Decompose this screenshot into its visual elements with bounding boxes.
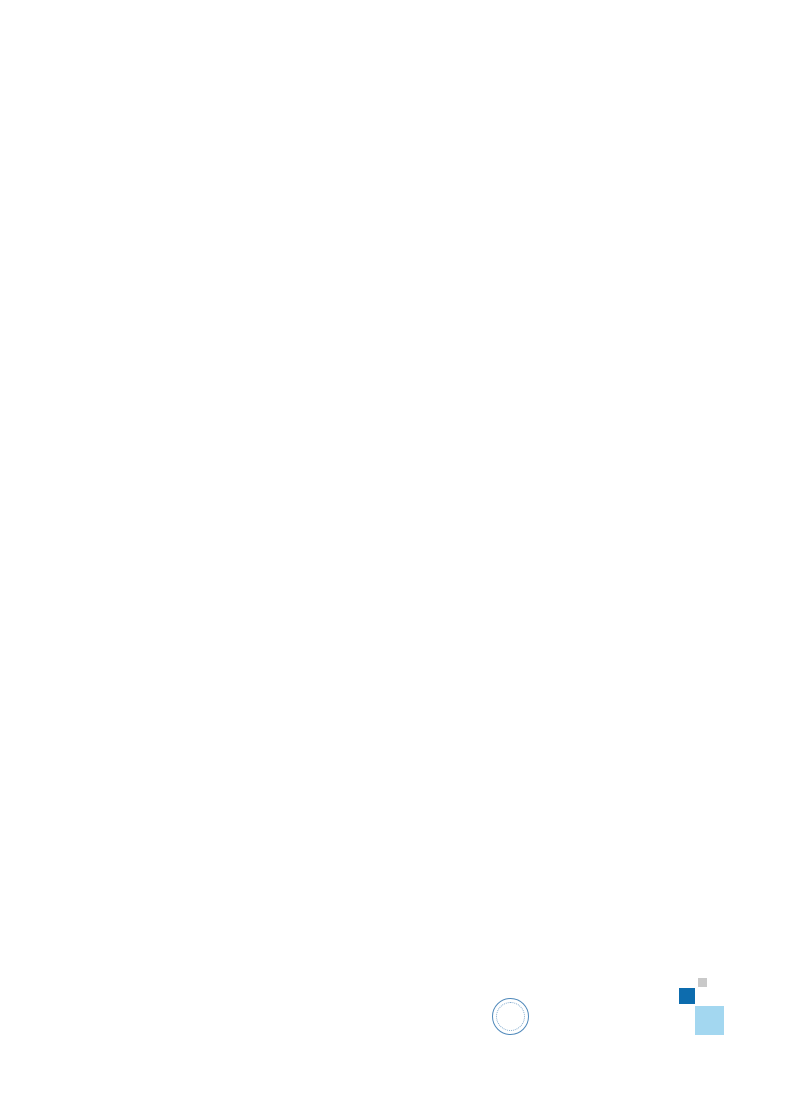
blue-accent-square — [679, 988, 695, 1004]
logo-ring — [496, 1002, 525, 1031]
page-number-badge — [695, 1006, 724, 1035]
bottom-wave-decoration — [0, 947, 793, 1099]
imt2030-6g-logo — [492, 998, 529, 1035]
top-right-wave-decoration — [543, 0, 793, 530]
gray-accent-square — [698, 978, 707, 987]
document-page — [0, 0, 793, 1099]
